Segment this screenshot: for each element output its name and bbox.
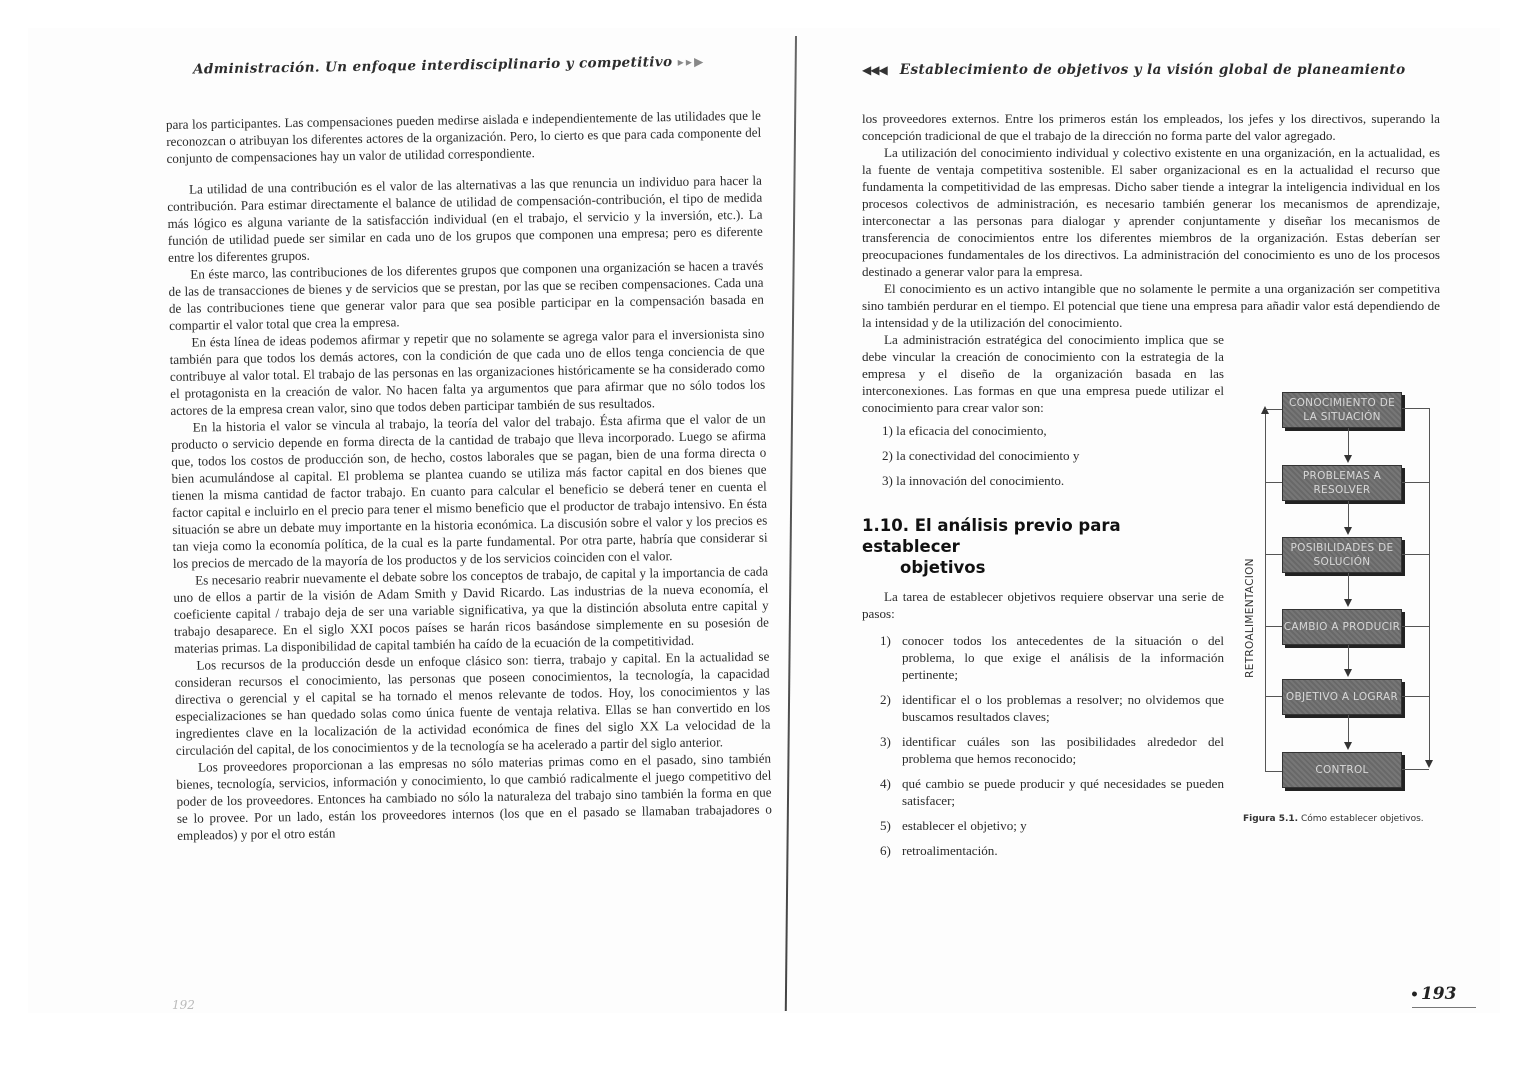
flow-line <box>1348 645 1349 670</box>
paragraph: El conocimiento es un activo intangible … <box>862 280 1440 331</box>
section-intro: La tarea de establecer objetivos requier… <box>862 588 1224 622</box>
step-number: 6) <box>880 842 902 859</box>
connector <box>1265 696 1282 697</box>
step-number: 2) <box>880 691 902 725</box>
flow-box-change: Cambio a producir <box>1282 609 1402 645</box>
feedback-label: RETROALIMENTACION <box>1240 508 1260 728</box>
figure-objectives-flowchart: RETROALIMENTACION Conocimiento de la sit… <box>1240 388 1445 798</box>
step-text: identificar el o los problemas a resolve… <box>902 691 1224 725</box>
flow-line <box>1348 573 1349 600</box>
connector <box>1265 482 1282 483</box>
step-item: 2)identificar el o los problemas a resol… <box>880 691 1224 725</box>
feedback-line-left <box>1265 410 1266 772</box>
connector <box>1265 554 1282 555</box>
arrow-down-icon <box>1344 527 1352 535</box>
step-item: 6)retroalimentación. <box>880 842 1224 859</box>
connector <box>1402 769 1429 770</box>
paragraph: para los participantes. Las compensacion… <box>166 107 762 167</box>
connector <box>1402 408 1429 409</box>
folio-rule <box>1412 1007 1476 1008</box>
arrow-down-icon <box>1344 599 1352 607</box>
step-item: 5)establecer el objetivo; y <box>880 817 1224 834</box>
list-item: 1) la eficacia del conocimiento, <box>882 422 1224 439</box>
connector <box>1402 482 1429 483</box>
connector <box>1402 554 1429 555</box>
paragraph: los proveedores externos. Entre los prim… <box>862 110 1440 144</box>
feedback-line-right <box>1429 408 1430 763</box>
figure-caption: Figura 5.1. Cómo establecer objetivos. <box>1243 814 1424 824</box>
step-text: identificar cuáles son las posibilidades… <box>902 733 1224 767</box>
step-text: qué cambio se puede producir y qué neces… <box>902 775 1224 809</box>
section-heading-line1: 1.10. El análisis previo para establecer <box>862 516 1121 556</box>
arrow-down-icon <box>1344 455 1352 463</box>
paragraph: Los recursos de la producción desde un e… <box>174 648 771 759</box>
right-page-number: 193 <box>1410 984 1456 1004</box>
flow-box-objective: Objetivo a lograr <box>1282 679 1402 715</box>
paragraph: La administración estratégica del conoci… <box>862 331 1224 416</box>
arrow-down-icon <box>1344 669 1352 677</box>
connector <box>1265 409 1282 410</box>
flow-box-possibilities: Posibilidades de solución <box>1282 537 1402 573</box>
right-running-head-title: Establecimiento de objetivos y la visión… <box>900 62 1406 78</box>
paragraph: La utilización del conocimiento individu… <box>862 144 1440 280</box>
figure-caption-label: Figura 5.1. <box>1243 814 1298 824</box>
flow-line <box>1348 715 1349 743</box>
flow-box-knowledge: Conocimiento de la situación <box>1282 392 1402 428</box>
step-number: 1) <box>880 632 902 683</box>
flow-line <box>1348 501 1349 528</box>
paragraph: En la historia el valor se vincula al tr… <box>171 410 768 572</box>
step-text: establecer el objetivo; y <box>902 817 1224 834</box>
step-item: 4)qué cambio se puede producir y qué nec… <box>880 775 1224 809</box>
step-item: 1)conocer todos los antecedentes de la s… <box>880 632 1224 683</box>
arrow-up-icon <box>1261 406 1269 414</box>
right-running-head: ◀◀◀ Establecimiento de objetivos y la vi… <box>862 62 1440 78</box>
figure-caption-text: Cómo establecer objetivos. <box>1301 814 1424 824</box>
paragraph: En éste marco, las contribuciones de los… <box>168 257 764 334</box>
paragraph: Es necesario reabrir nuevamente el debat… <box>173 563 769 657</box>
step-item: 3)identificar cuáles son las posibilidad… <box>880 733 1224 767</box>
step-number: 4) <box>880 775 902 809</box>
arrow-left-icon: ◀◀◀ <box>862 63 887 77</box>
flow-line <box>1348 428 1349 456</box>
connector <box>1265 626 1282 627</box>
left-page: Administración. Un enfoque interdiscipli… <box>165 53 772 844</box>
step-number: 3) <box>880 733 902 767</box>
paragraph: En ésta línea de ideas podemos afirmar y… <box>169 325 765 419</box>
arrow-down-icon <box>1425 760 1433 768</box>
step-number: 5) <box>880 817 902 834</box>
connector <box>1402 696 1429 697</box>
section-heading: 1.10. El análisis previo para establecer… <box>862 515 1224 578</box>
section-heading-line2: objetivos <box>862 557 1224 578</box>
paragraph: Los proveedores proporcionan a las empre… <box>176 750 772 844</box>
list-item: 3) la innovación del conocimiento. <box>882 472 1224 489</box>
step-text: conocer todos los antecedentes de la sit… <box>902 632 1224 683</box>
flow-box-problems: Problemas a resolver <box>1282 465 1402 501</box>
connector <box>1265 771 1282 772</box>
arrow-down-icon <box>1344 742 1352 750</box>
steps-list: 1)conocer todos los antecedentes de la s… <box>862 632 1224 859</box>
flow-box-control: Control <box>1282 752 1402 788</box>
feedback-label-text: RETROALIMENTACION <box>1244 558 1256 678</box>
arrow-right-icon: ▸ ▸ ▶ <box>678 55 703 69</box>
knowledge-list: 1) la eficacia del conocimiento, 2) la c… <box>862 422 1224 489</box>
list-item: 2) la conectividad del conocimiento y <box>882 447 1224 464</box>
paragraph: La utilidad de una contribución es el va… <box>167 172 763 266</box>
left-page-number: 192 <box>172 998 195 1012</box>
connector <box>1402 626 1429 627</box>
step-text: retroalimentación. <box>902 842 1224 859</box>
